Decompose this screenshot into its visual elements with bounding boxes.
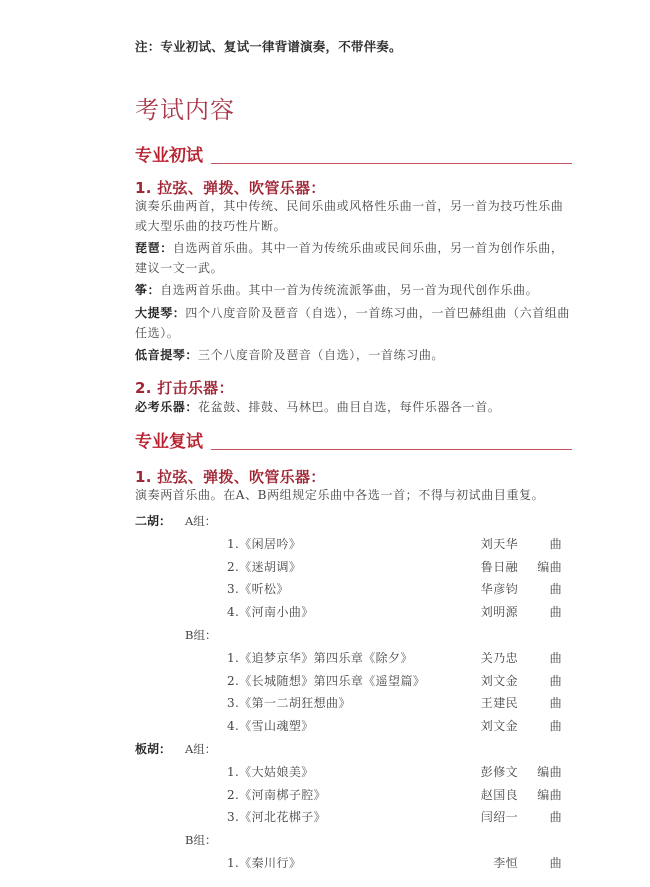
piece-composer: 刘文金 (481, 672, 518, 689)
piece-composer: 华彦钧 (481, 580, 518, 597)
piece-composer: 鲁日融 (481, 558, 518, 575)
piece-title: 2.《长城随想》第四乐章《遥望篇》 (227, 672, 425, 689)
piece-role: 曲 (518, 649, 562, 666)
piece-role: 曲 (518, 535, 562, 552)
section-header-preliminary: 专业初试 (135, 144, 572, 166)
piece-row: 2.《迷胡调》 鲁日融编曲 (227, 558, 562, 575)
instrument-name-banhu: 板胡： (135, 740, 171, 757)
instrument-text: 自选两首乐曲。其中一首为传统流派筝曲，另一首为现代创作乐曲。 (160, 283, 538, 297)
piece-composer: 彭修文 (481, 763, 518, 780)
piece-role: 编曲 (518, 558, 562, 575)
piece-title: 4.《雪山魂塑》 (227, 717, 314, 734)
instrument-label: 低音提琴： (135, 348, 198, 362)
section-rule (211, 163, 572, 164)
piece-composer: 刘明源 (481, 603, 518, 620)
group-label: A组： (185, 741, 216, 757)
piece-composer: 赵国良 (481, 786, 518, 803)
piece-title: 3.《河北花梆子》 (227, 808, 326, 825)
piece-role: 曲 (518, 808, 562, 825)
instrument-label: 必考乐器： (135, 400, 198, 414)
piece-row: 3.《河北花梆子》 闫绍一曲 (227, 808, 562, 825)
instrument-requirement-double-bass: 低音提琴：三个八度音阶及琶音（自选），一首练习曲。 (135, 345, 575, 365)
piece-role: 曲 (518, 603, 562, 620)
piece-title: 1.《追梦京华》第四乐章《除夕》 (227, 649, 413, 666)
subsection-heading: 1. 拉弦、弹拨、吹管乐器： (135, 177, 326, 198)
piece-title: 1.《大姑娘美》 (227, 763, 314, 780)
piece-title: 4.《河南小曲》 (227, 603, 314, 620)
piece-composer: 刘文金 (481, 717, 518, 734)
piece-row: 1.《秦川行》 李恒曲 (227, 854, 562, 871)
piece-row: 1.《闲居吟》 刘天华曲 (227, 535, 562, 552)
piece-role: 曲 (518, 717, 562, 734)
piece-composer: 李恒 (493, 854, 518, 871)
piece-title: 1.《闲居吟》 (227, 535, 301, 552)
section-title: 专业复试 (135, 432, 203, 452)
section-title: 专业初试 (135, 146, 203, 166)
document-page: 注：专业初试、复试一律背谱演奏，不带伴奏。 考试内容 专业初试 1. 拉弦、弹拨… (0, 0, 650, 887)
page-title: 考试内容 (135, 90, 235, 125)
piece-title: 2.《河南梆子腔》 (227, 786, 326, 803)
piece-row: 2.《河南梆子腔》 赵国良编曲 (227, 786, 562, 803)
piece-row: 3.《第一二胡狂想曲》 王建民曲 (227, 694, 562, 711)
instrument-requirement-percussion: 必考乐器：花盆鼓、排鼓、马林巴。曲目自选，每件乐器各一首。 (135, 397, 575, 417)
instrument-text: 三个八度音阶及琶音（自选），一首练习曲。 (198, 348, 444, 362)
group-label: A组： (185, 513, 216, 529)
instrument-text: 自选两首乐曲。其中一首为传统乐曲或民间乐曲，另一首为创作乐曲，建议一文一武。 (135, 241, 563, 275)
instrument-label: 琵琶： (135, 241, 173, 255)
instrument-label: 大提琴： (135, 306, 185, 320)
piece-role: 曲 (518, 672, 562, 689)
piece-row: 1.《追梦京华》第四乐章《除夕》 关乃忠曲 (227, 649, 562, 666)
instrument-requirement-cello: 大提琴：四个八度音阶及琶音（自选），一首练习曲，一首巴赫组曲（六首组曲任选）。 (135, 303, 575, 343)
piece-composer: 王建民 (481, 694, 518, 711)
piece-composer: 闫绍一 (481, 808, 518, 825)
piece-role: 编曲 (518, 763, 562, 780)
piece-row: 4.《雪山魂塑》 刘文金曲 (227, 717, 562, 734)
piece-title: 1.《秦川行》 (227, 854, 301, 871)
piece-row: 3.《听松》 华彦钧曲 (227, 580, 562, 597)
piece-role: 曲 (518, 694, 562, 711)
piece-row: 4.《河南小曲》 刘明源曲 (227, 603, 562, 620)
instrument-label: 筝： (135, 283, 160, 297)
instrument-requirement-zheng: 筝：自选两首乐曲。其中一首为传统流派筝曲，另一首为现代创作乐曲。 (135, 280, 575, 300)
piece-composer: 关乃忠 (481, 649, 518, 666)
subsection-heading: 2. 打击乐器： (135, 377, 234, 398)
instrument-text: 四个八度音阶及琶音（自选），一首练习曲，一首巴赫组曲（六首组曲任选）。 (135, 306, 570, 340)
instrument-text: 花盆鼓、排鼓、马林巴。曲目自选，每件乐器各一首。 (198, 400, 500, 414)
subsection-intro: 演奏两首乐曲。在A、B两组规定乐曲中各选一首；不得与初试曲目重复。 (135, 485, 575, 505)
piece-role: 编曲 (518, 786, 562, 803)
piece-role: 曲 (518, 854, 562, 871)
piece-title: 3.《听松》 (227, 580, 289, 597)
instrument-requirement-pipa: 琵琶：自选两首乐曲。其中一首为传统乐曲或民间乐曲，另一首为创作乐曲，建议一文一武… (135, 238, 575, 278)
piece-row: 1.《大姑娘美》 彭修文编曲 (227, 763, 562, 780)
section-rule (211, 449, 572, 450)
instrument-name-erhu: 二胡： (135, 512, 171, 529)
group-label: B组： (185, 832, 216, 848)
note-text: 注：专业初试、复试一律背谱演奏，不带伴奏。 (135, 37, 402, 55)
piece-row: 2.《长城随想》第四乐章《遥望篇》 刘文金曲 (227, 672, 562, 689)
piece-title: 3.《第一二胡狂想曲》 (227, 694, 351, 711)
section-header-final: 专业复试 (135, 430, 572, 452)
subsection-heading: 1. 拉弦、弹拨、吹管乐器： (135, 466, 326, 487)
piece-title: 2.《迷胡调》 (227, 558, 301, 575)
piece-composer: 刘天华 (481, 535, 518, 552)
subsection-intro: 演奏乐曲两首，其中传统、民间乐曲或风格性乐曲一首，另一首为技巧性乐曲或大型乐曲的… (135, 196, 575, 236)
group-label: B组： (185, 627, 216, 643)
piece-role: 曲 (518, 580, 562, 597)
